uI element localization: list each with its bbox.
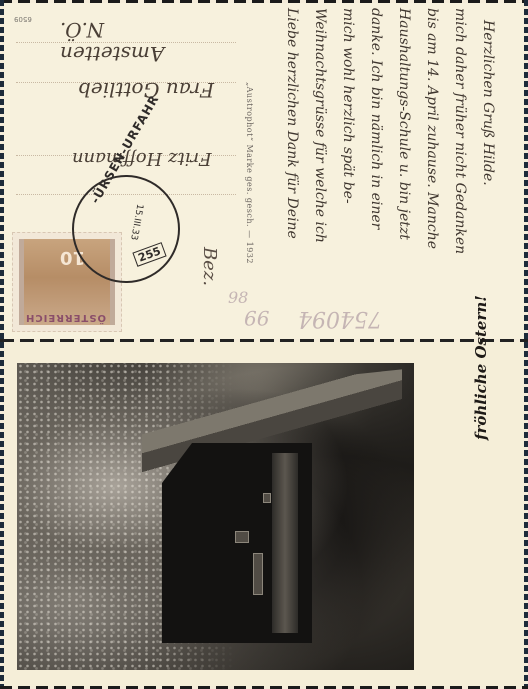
message-line: Liebe herzlichen Dank für Deine xyxy=(284,8,300,239)
pencil-note: 99 xyxy=(244,306,269,330)
publisher-imprint: „Austrophot“ Marke ges. gesch. — 1932 xyxy=(245,82,254,264)
card-edge-right xyxy=(524,0,528,340)
stamp-country: ÖSTERREICH xyxy=(28,312,106,323)
address-line-3: N.Ö. xyxy=(60,18,104,42)
serial-number: 6509 xyxy=(14,15,32,23)
card-edge-left xyxy=(0,342,4,689)
card-edge-right xyxy=(524,342,528,689)
photo-window xyxy=(263,493,271,503)
inventory-number: 754094 xyxy=(298,306,382,331)
greeting-text: fröhliche Ostern! xyxy=(472,295,490,440)
address-line-2: Amstetten xyxy=(60,42,164,66)
photo-window xyxy=(253,553,263,595)
postmark-date: 15.III.33 xyxy=(128,203,144,241)
message-line: Weihnachtsgrüsse für welche ich xyxy=(312,8,328,243)
photo-window xyxy=(235,531,249,543)
message-line: mich daher früher nicht Gedanken xyxy=(452,8,468,254)
message-line: mich wohl herzlich spät be- xyxy=(340,8,356,204)
postmark-circle: -ÜRSEN-URFAHR 15.III.33 xyxy=(72,175,180,283)
pencil-note: 98 xyxy=(228,288,248,307)
card-edge-left xyxy=(0,0,4,340)
postcard-back: 6509 N.Ö. Amstetten Frau Gottlieb Fritz … xyxy=(0,0,528,340)
pencil-note: Bez. xyxy=(199,247,220,286)
message-line: Haushaltungs-Schule u. bin jetzt xyxy=(396,8,412,240)
message-line: bis am 14. April zuhause. Manche xyxy=(424,8,440,249)
postcard-photo xyxy=(17,363,414,670)
card-edge-top xyxy=(0,0,528,3)
sender-note: Fritz Hoffmann xyxy=(72,148,212,169)
message-line: danke. Ich bin nämlich in einer xyxy=(368,8,384,229)
photo-wall xyxy=(272,453,298,633)
message-signature: Herzlichen Gruß Hilde. xyxy=(480,20,496,186)
